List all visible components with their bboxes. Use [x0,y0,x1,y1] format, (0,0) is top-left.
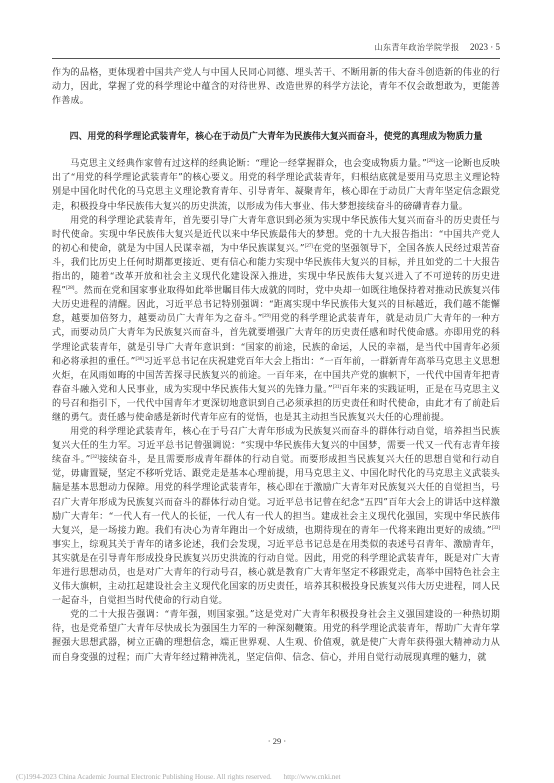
copyright-text: (C)1994-2023 China Academic Journal Elec… [16,773,272,781]
running-header: 山东青年政治学院学报 2023 · 5 [52,40,500,59]
paragraph: 用党的科学理论武装青年，首先要引导广大青年意识到必须为实现中华民族伟大复兴而奋斗… [52,214,500,425]
paragraph: 用党的科学理论武装青年，核心在于号召广大青年形成为民族复兴而奋斗的群体行动自觉，… [52,425,500,608]
citation-ref[interactable]: [29] [262,314,270,319]
section-heading: 四、用党的科学理论武装青年，核心在于动员广大青年为民族伟大复兴而奋斗，使党的真理… [52,130,500,144]
page-number: · 29 · [0,736,554,746]
text-run: 马克思主义经典作家曾有过这样的经典论断：“理论一经掌握群众，也会变成物质力量。” [70,159,427,169]
cnki-link[interactable]: http://www.cnki.net [284,773,341,781]
paragraph: 马克思主义经典作家曾有过这样的经典论断：“理论一经掌握群众，也会变成物质力量。”… [52,157,500,213]
article-body: 作为的品格，更体现着中国共产党人与中国人民同心同德、埋头苦干、不断用新的伟大奋斗… [52,66,500,665]
issue-number: 2023 · 5 [470,42,500,52]
text-run: 事实上，综观其关于青年的诸多论述，我们会发现，习近平总书记总是在用类似的表述号召… [52,540,500,606]
copyright-notice: (C)1994-2023 China Academic Journal Elec… [16,773,341,781]
citation-ref[interactable]: [33] [492,526,500,531]
text-run: 接续奋斗，是且需要形成青年群体的行动自觉。而要形成担当民族复兴大任的思想自觉和行… [52,455,500,535]
citation-ref[interactable]: [31] [333,385,341,390]
journal-title: 山东青年政治学院学报 [374,43,459,52]
citation-ref[interactable]: [27] [305,244,313,249]
paragraph: 党的二十大报告强调：“青年强，则国家强。”这是党对广大青年积极投身社会主义强国建… [52,608,500,664]
citation-ref[interactable]: [32] [90,455,98,460]
citation-ref[interactable]: [30] [135,357,143,362]
paragraph-continued: 作为的品格，更体现着中国共产党人与中国人民同心同德、埋头苦干、不断用新的伟大奋斗… [52,66,500,108]
citation-ref[interactable]: [26] [427,159,435,164]
